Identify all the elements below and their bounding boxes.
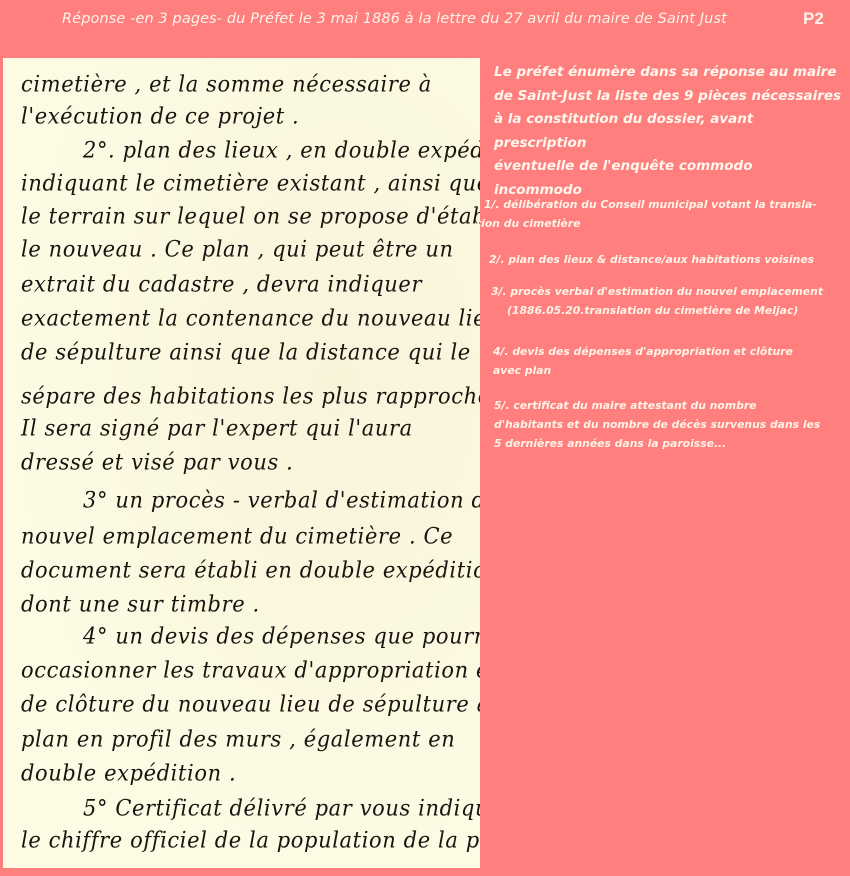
item-line: 2/. plan des lieux & distance/aux habita… [489, 250, 814, 269]
manuscript-line: le nouveau . Ce plan , qui peut être un [21, 236, 454, 261]
annotation-item-2: 2/. plan des lieux & distance/aux habita… [489, 250, 814, 269]
annotation-intro: Le préfet énumère dans sa réponse au mai… [494, 61, 844, 202]
annotation-item-5: 5/. certificat du maire attestant du nom… [494, 396, 820, 453]
manuscript-line: 5° Certificat délivré par vous indiquant [83, 795, 480, 820]
manuscript-page-image: cimetière , et la somme nécessaire à l'e… [3, 58, 480, 868]
manuscript-line: double expédition . [21, 760, 236, 785]
manuscript-line: 2°. plan des lieux , en double expéditio… [83, 137, 480, 162]
item-line: tion du cimetière [476, 214, 817, 233]
manuscript-line: plan en profil des murs , également en [21, 726, 455, 751]
item-line: 3/. procès verbal d'estimation du nouvel… [491, 282, 823, 301]
item-line: d'habitants et du nombre de décès surven… [494, 415, 820, 434]
manuscript-line: occasionner les travaux d'appropriation … [21, 657, 480, 682]
manuscript-line: cimetière , et la somme nécessaire à [21, 71, 432, 96]
intro-line: de Saint-Just la liste des 9 pièces néce… [494, 85, 844, 109]
item-line: (1886.05.20.translation du cimetière de … [491, 301, 823, 320]
manuscript-line: le terrain sur lequel on se propose d'ét… [21, 203, 480, 228]
page-number-label: P2 [803, 9, 824, 29]
intro-line: à la constitution du dossier, avant pres… [494, 108, 844, 155]
manuscript-line: document sera établi en double expéditio… [21, 557, 480, 582]
annotation-item-1: 1/. délibération du Conseil municipal vo… [484, 195, 817, 233]
annotation-item-4: 4/. devis des dépenses d'appropriation e… [493, 342, 793, 380]
manuscript-line: exactement la contenance du nouveau lieu [21, 305, 480, 330]
item-line: 5 dernières années dans la paroisse... [494, 434, 820, 453]
intro-line: Le préfet énumère dans sa réponse au mai… [494, 61, 844, 85]
manuscript-line: indiquant le cimetière existant , ainsi … [21, 170, 480, 195]
manuscript-line: l'exécution de ce projet . [21, 103, 299, 128]
manuscript-line: dont une sur timbre . [21, 591, 260, 616]
page-title: Réponse -en 3 pages- du Préfet le 3 mai … [62, 11, 727, 27]
item-line: 1/. délibération du Conseil municipal vo… [484, 195, 817, 214]
manuscript-line: nouvel emplacement du cimetière . Ce [21, 523, 453, 548]
manuscript-line: le chiffre officiel de la population de … [21, 827, 480, 852]
manuscript-line: de sépulture ainsi que la distance qui l… [21, 339, 471, 364]
annotation-item-3: 3/. procès verbal d'estimation du nouvel… [491, 282, 823, 320]
manuscript-line: Il sera signé par l'expert qui l'aura [21, 415, 413, 440]
manuscript-line: 4° un devis des dépenses que pourront [83, 623, 480, 648]
manuscript-line: extrait du cadastre , devra indiquer [21, 271, 422, 296]
item-line: avec plan [493, 361, 793, 380]
manuscript-line: sépare des habitations les plus rapproch… [21, 383, 480, 408]
manuscript-line: dressé et visé par vous . [21, 449, 293, 474]
manuscript-line: 3° un procès - verbal d'estimation du [83, 487, 480, 512]
manuscript-line: de clôture du nouveau lieu de sépulture … [21, 691, 480, 716]
item-line: 4/. devis des dépenses d'appropriation e… [493, 342, 793, 361]
item-line: 5/. certificat du maire attestant du nom… [494, 396, 820, 415]
